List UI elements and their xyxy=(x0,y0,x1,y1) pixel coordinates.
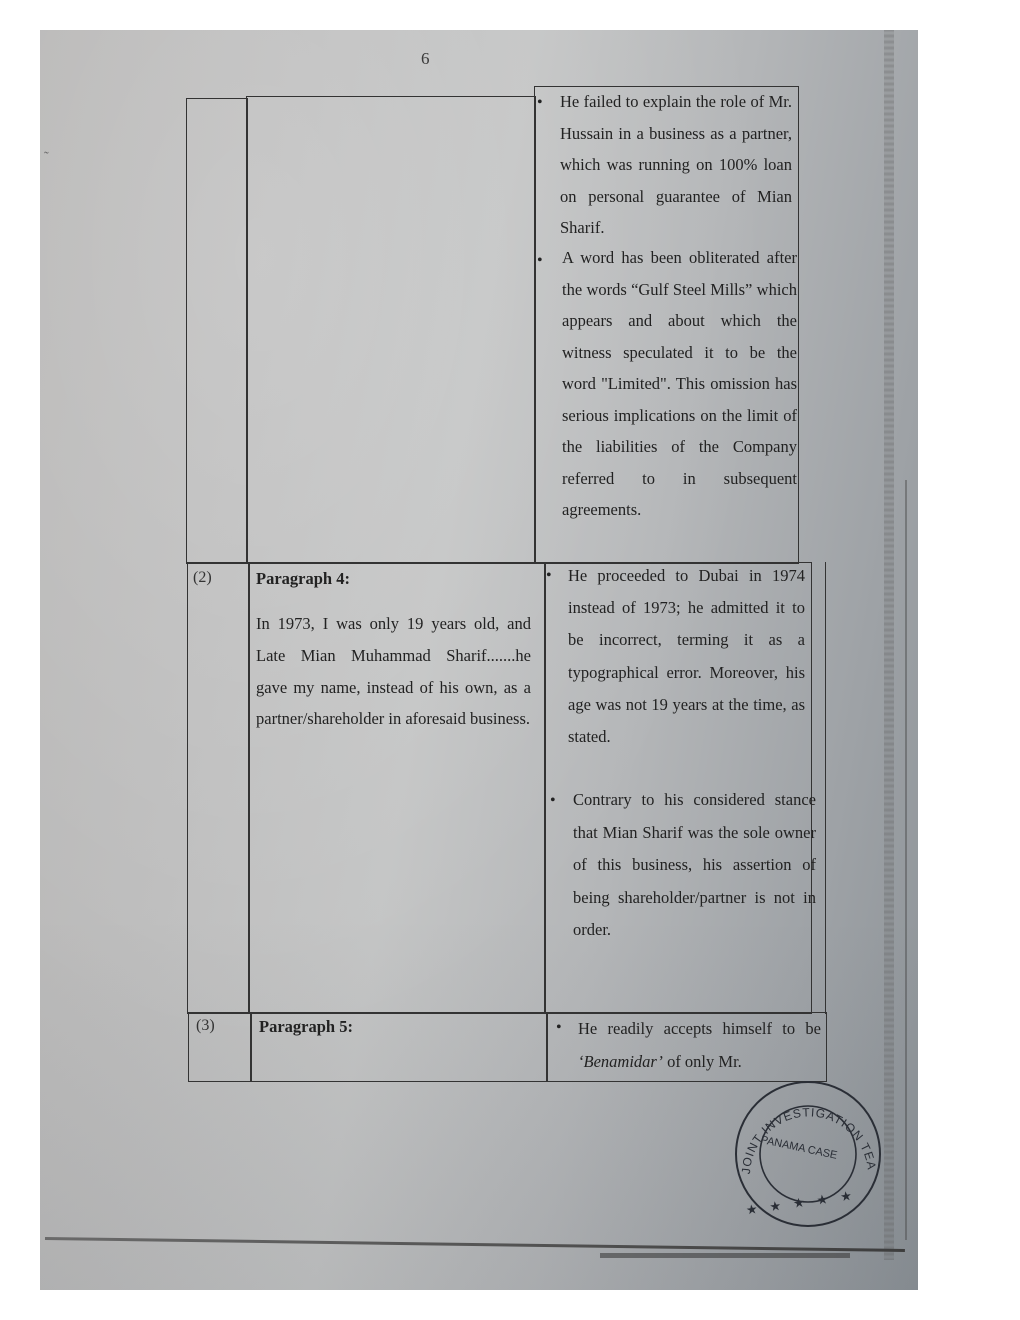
row-serial: (3) xyxy=(196,1017,215,1035)
bullet-icon: • xyxy=(546,567,552,585)
row-serial: (2) xyxy=(193,569,212,587)
page-number: 6 xyxy=(421,49,430,69)
row1-statement-cell xyxy=(246,96,536,564)
row2-serial-cell xyxy=(187,562,250,1014)
stamp-inner-text: PANAMA CASE xyxy=(760,1134,839,1162)
statement-heading: Paragraph 4: xyxy=(256,563,526,595)
bullet-icon: • xyxy=(537,252,543,270)
bullet-icon: • xyxy=(556,1019,562,1037)
bullet-icon: • xyxy=(537,94,543,112)
bottom-page-shadow xyxy=(600,1253,850,1258)
page-edge-strip xyxy=(884,30,894,1260)
observation-text: He failed to explain the role of Mr. Hus… xyxy=(560,86,792,244)
observation-text: Contrary to his considered stance that M… xyxy=(573,784,816,947)
observation-text-part: He readily accepts himself to be ‘Benami… xyxy=(578,1019,821,1071)
margin-mark: ˜ xyxy=(44,150,49,166)
row1-serial-cell xyxy=(186,98,248,564)
bullet-icon: • xyxy=(550,792,556,810)
statement-text: In 1973, I was only 19 years old, and La… xyxy=(256,608,531,735)
jit-stamp-icon: JOINT INVESTIGATION TEAM PANAMA CASE ★ ★… xyxy=(728,1078,888,1228)
stamp-stars: ★ ★ ★ ★ ★ xyxy=(745,1188,857,1218)
observation-text: He readily accepts himself to be ‘Benami… xyxy=(578,1012,821,1078)
observation-text: A word has been obliterated after the wo… xyxy=(562,242,797,526)
statement-heading: Paragraph 5: xyxy=(259,1011,529,1043)
page-edge-line xyxy=(905,480,907,1240)
italic-term: ‘Benamidar’ xyxy=(578,1052,663,1071)
observation-text: He proceeded to Dubai in 1974 instead of… xyxy=(568,560,805,753)
